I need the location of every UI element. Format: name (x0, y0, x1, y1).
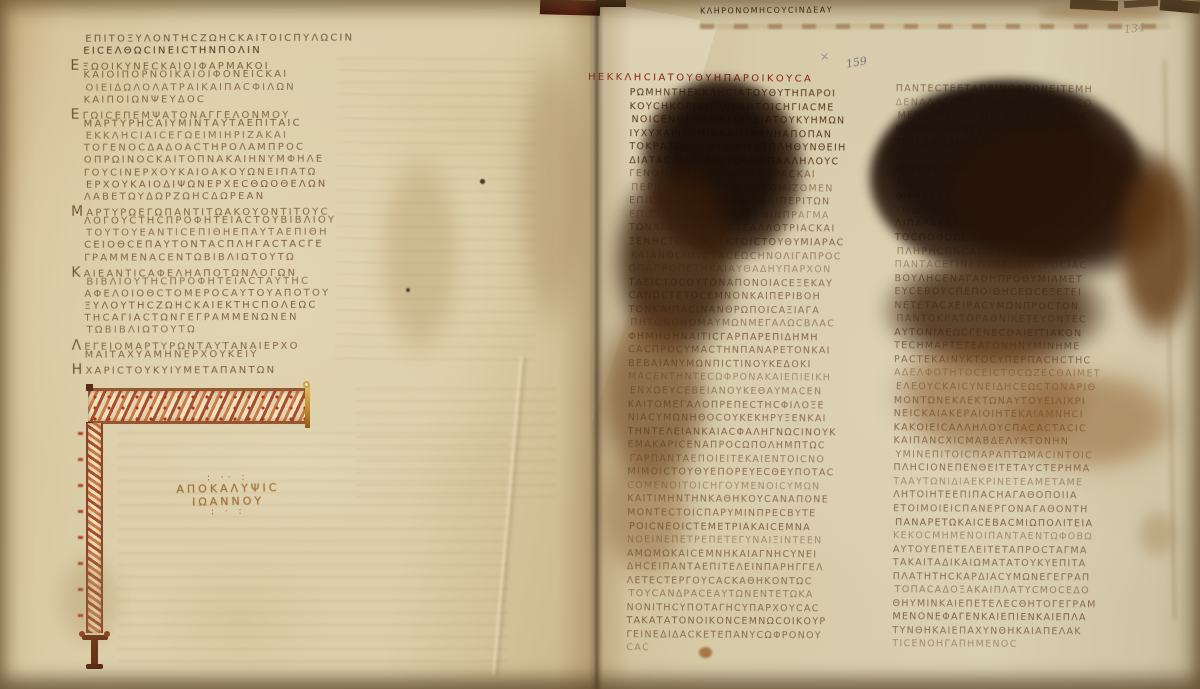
parchment-discoloration (56, 552, 122, 647)
braid-end-bar (305, 384, 310, 428)
book-gutter-shadow (558, 0, 632, 689)
bleedthrough-texture (356, 388, 556, 508)
binding-edge (596, 0, 626, 7)
stain-spot (699, 647, 712, 658)
colophon: : ·· : ΑΠΟΚΑΛΥΨΙC ΙΩΑΝΝΟΥ : · : (158, 473, 299, 517)
trimmed-header-fragment: ΚΛΗΡΟΝΟΜΗCΟΥCΙΝΔΕΑΥ (700, 5, 833, 15)
enlarged-initial: Λ (72, 337, 84, 353)
braid-end-ring (303, 381, 310, 388)
braid-corner-knob (86, 384, 93, 391)
enlarged-initial: Ε (70, 58, 81, 74)
left-page-text-column: ΕΠΙΤΟΞΥΛΟΝΤΗCΖΩΗCΚΑΙΤΟΙCΠΥΛΩCΙΝΕΙCΕΛΘΩCΙ… (83, 32, 424, 373)
braid-ornament-horizontal (88, 388, 310, 424)
binding-edge (540, 0, 600, 16)
text-line: CΑC (626, 643, 898, 658)
text-line: ΗΧΑΡΙCΤΟΥΚΥΙΥΜΕΤΑΠΑΝΤΩΝ (85, 360, 425, 374)
enlarged-initial: Ε (71, 107, 82, 123)
pencil-caret-mark: × (819, 50, 830, 64)
manuscript-photo: ΕΠΙΤΟΞΥΛΟΝΤΗCΖΩΗCΚΑΙΤΟΙCΠΥΛΩCΙΝΕΙCΕΛΘΩCΙ… (0, 0, 1200, 689)
reagent-stain-brown (998, 368, 1183, 473)
enlarged-initial: Η (72, 362, 85, 378)
enlarged-initial: Κ (71, 264, 82, 280)
ink-speck (406, 288, 410, 292)
torn-edge-smudge (1038, 5, 1168, 21)
finial-foot (86, 664, 103, 669)
gutter-fold-line (596, 0, 598, 689)
ink-speck (480, 179, 485, 184)
pencil-corner-number: 134 (1123, 21, 1145, 36)
right-page-torn-edge-line (700, 24, 1170, 29)
stain-spot (1140, 512, 1174, 556)
text-line: ΤΙCΕΝΟΗΓΑΠΗΜΕΝΟC (892, 639, 1164, 654)
parchment-discoloration (378, 148, 463, 363)
reagent-stain-brown (1116, 148, 1200, 343)
